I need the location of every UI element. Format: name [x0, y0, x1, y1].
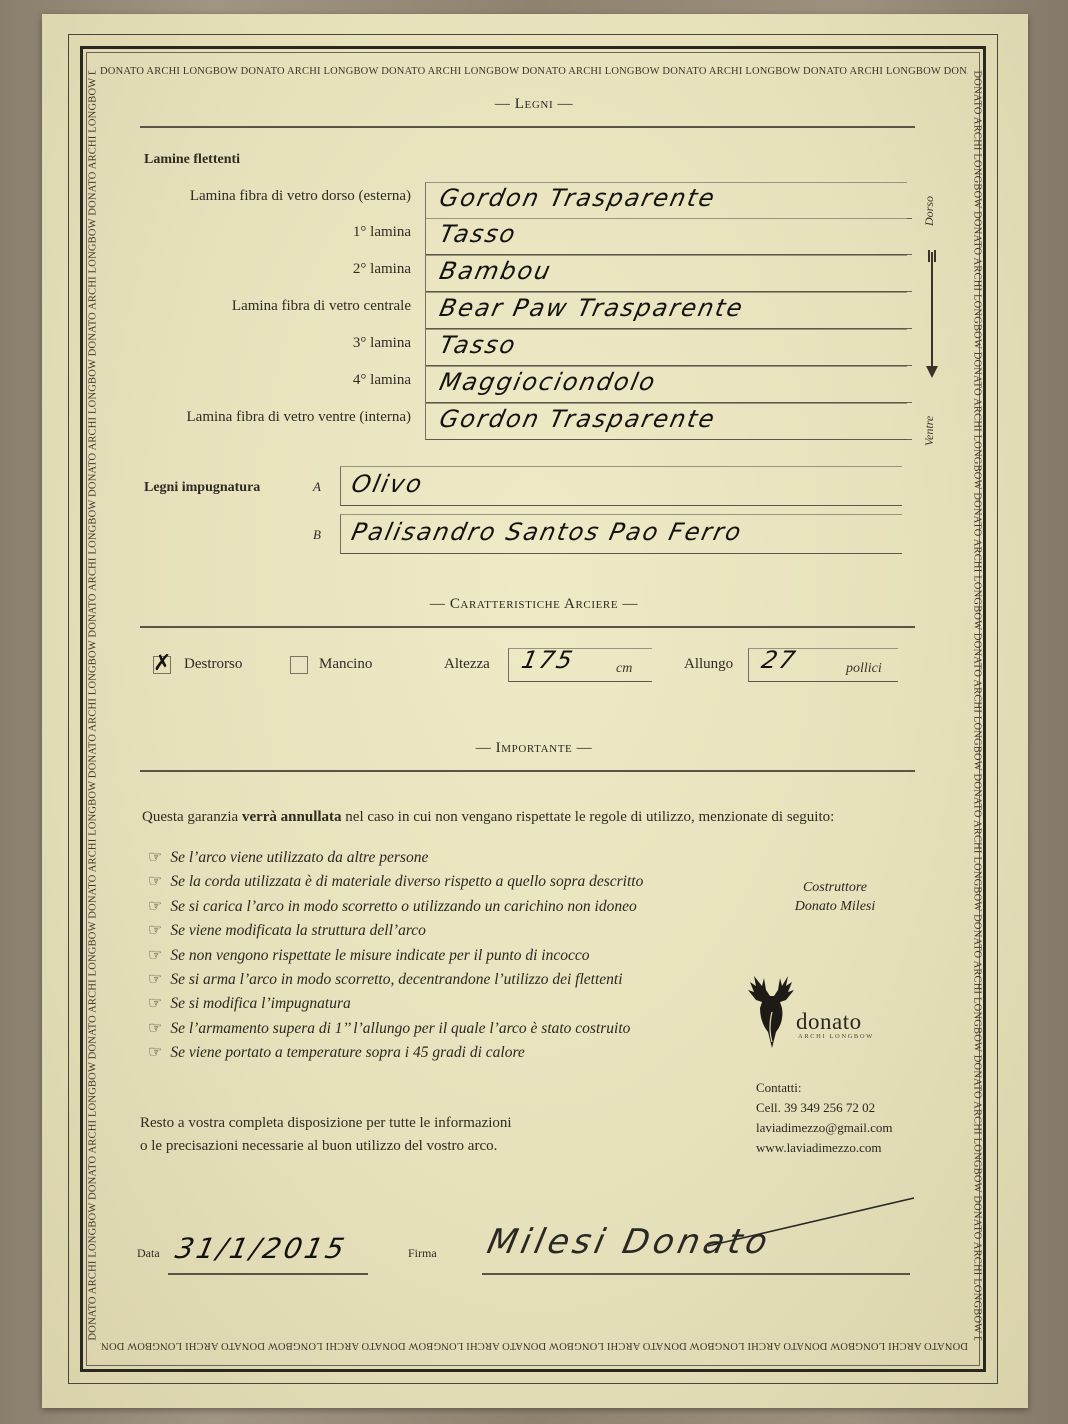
section-title-caratteristiche: — Caratteristiche Arciere —	[0, 596, 1068, 613]
lamina-value: Bear Paw Trasparente	[437, 294, 747, 322]
pointing-hand-icon: ☞	[148, 870, 162, 894]
axis-label-ventre: Ventre	[922, 416, 937, 446]
signature-label: Firma	[408, 1246, 437, 1261]
pointing-hand-icon: ☞	[148, 1017, 162, 1041]
section-title-importante: — Importante —	[0, 740, 1068, 757]
altezza-unit: cm	[616, 661, 632, 677]
warranty-rule: ☞Se non vengono rispettate le misure ind…	[148, 944, 643, 968]
pointing-hand-icon: ☞	[148, 992, 162, 1016]
lamina-label: 1° lamina	[353, 224, 411, 241]
maker-block: Costruttore Donato Milesi	[745, 878, 925, 916]
lamina-value: Bambou	[437, 257, 555, 285]
impugnatura-letter: A	[313, 479, 321, 495]
lamina-value: Tasso	[437, 220, 519, 248]
section-divider	[140, 626, 915, 628]
pointing-hand-icon: ☞	[148, 968, 162, 992]
maker-name: Donato Milesi	[745, 897, 925, 916]
lamina-label: Lamina fibra di vetro centrale	[232, 298, 411, 315]
pointing-hand-icon: ☞	[148, 944, 162, 968]
warranty-rules-list: ☞Se l’arco viene utilizzato da altre per…	[148, 846, 643, 1066]
mancino-checkbox[interactable]	[290, 656, 308, 674]
border-text-bottom: DONATO ARCHI LONGBOW DONATO ARCHI LONGBO…	[100, 1340, 968, 1351]
contact-email[interactable]: laviadimezzo@gmail.com	[756, 1118, 893, 1138]
lamina-label: 3° lamina	[353, 335, 411, 352]
impugnatura-value: Olivo	[349, 470, 426, 498]
contact-phone[interactable]: Cell. 39 349 256 72 02	[756, 1098, 893, 1118]
altezza-value: 175	[519, 646, 577, 674]
axis-label-dorso: Dorso	[922, 196, 937, 226]
lamina-value: Maggiociondolo	[437, 368, 659, 396]
arrow-down-icon	[926, 366, 938, 378]
pointing-hand-icon: ☞	[148, 1041, 162, 1065]
allungo-unit: pollici	[846, 661, 882, 677]
lamina-label: 4° lamina	[353, 372, 411, 389]
signature-flourish	[700, 1194, 920, 1254]
warranty-rule: ☞Se si carica l’arco in modo scorretto o…	[148, 895, 643, 919]
impugnatura-heading: Legni impugnatura	[144, 480, 260, 496]
lamine-heading: Lamine flettenti	[144, 152, 240, 168]
lamina-label: 2° lamina	[353, 261, 411, 278]
warranty-rule: ☞Se la corda utilizzata è di materiale d…	[148, 870, 643, 894]
warranty-rule: ☞Se l’armamento supera di 1’’ l’allungo …	[148, 1017, 643, 1041]
section-divider	[140, 126, 915, 128]
destrorso-checkbox[interactable]	[153, 656, 171, 674]
lamina-label: Lamina fibra di vetro dorso (esterna)	[190, 188, 411, 205]
closing-text: Resto a vostra completa disposizione per…	[140, 1112, 512, 1158]
deer-head-icon	[746, 972, 798, 1050]
section-title-legni: — Legni —	[0, 96, 1068, 113]
date-value: 31/1/2015	[172, 1232, 350, 1265]
maker-role: Costruttore	[745, 878, 925, 897]
scale-tick	[906, 439, 912, 440]
mancino-label: Mancino	[319, 656, 372, 673]
date-label: Data	[137, 1246, 160, 1261]
warranty-rule: ☞Se si arma l’arco in modo scorretto, de…	[148, 968, 643, 992]
section-divider	[140, 770, 915, 772]
date-line	[168, 1273, 368, 1275]
lamina-label: Lamina fibra di vetro ventre (interna)	[187, 409, 411, 426]
lamina-value: Gordon Trasparente	[437, 184, 719, 212]
allungo-label: Allungo	[684, 656, 733, 673]
warranty-intro: Questa garanzia verrà annullata nel caso…	[142, 806, 834, 829]
pointing-hand-icon: ☞	[148, 846, 162, 870]
border-text-left: DONATO ARCHI LONGBOW DONATO ARCHI LONGBO…	[88, 71, 99, 1341]
destrorso-label: Destrorso	[184, 656, 242, 673]
contacts-heading: Contatti:	[756, 1078, 893, 1098]
lamina-value: Gordon Trasparente	[437, 405, 719, 433]
allungo-value: 27	[759, 646, 799, 674]
lamina-value: Tasso	[437, 331, 519, 359]
impugnatura-value: Palisandro Santos Pao Ferro	[349, 518, 745, 546]
brand-name: donato	[796, 1009, 862, 1035]
warranty-rule: ☞Se viene modificata la struttura dell’a…	[148, 919, 643, 943]
signature-line	[482, 1273, 910, 1275]
warranty-rule: ☞Se l’arco viene utilizzato da altre per…	[148, 846, 643, 870]
pointing-hand-icon: ☞	[148, 895, 162, 919]
impugnatura-letter: B	[313, 527, 321, 543]
border-text-right: DONATO ARCHI LONGBOW DONATO ARCHI LONGBO…	[972, 71, 983, 1341]
contact-website[interactable]: www.laviadimezzo.com	[756, 1138, 893, 1158]
warranty-rule: ☞Se si modifica l’impugnatura	[148, 992, 643, 1016]
dorso-ventre-arrow-icon	[931, 252, 933, 370]
pointing-hand-icon: ☞	[148, 919, 162, 943]
contacts-block: Contatti: Cell. 39 349 256 72 02 laviadi…	[756, 1078, 893, 1158]
border-text-top: DONATO ARCHI LONGBOW DONATO ARCHI LONGBO…	[100, 66, 968, 77]
brand-subtitle: ARCHI LONGBOW	[798, 1033, 874, 1040]
warranty-rule: ☞Se viene portato a temperature sopra i …	[148, 1041, 643, 1065]
altezza-label: Altezza	[444, 656, 490, 673]
